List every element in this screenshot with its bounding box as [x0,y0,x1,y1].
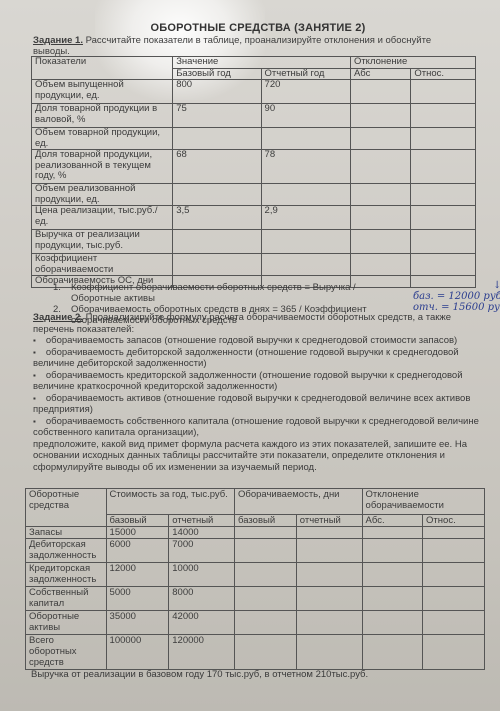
formula-number: 1. [53,282,71,304]
header-report-year: Отчетный год [261,68,350,80]
cell-empty [296,611,362,635]
cell-report [261,230,350,254]
row-label: Объем реализованной продукции, ед. [32,184,173,206]
revenue-note: Выручка от реализации в базовом году 170… [31,669,481,680]
task2-outro: предположите, какой вид примет формула р… [33,439,483,474]
row-label: Доля товарной продукции, реализованной в… [32,150,173,184]
row-label: Кредиторская задолженность [26,563,107,587]
row-label: Цена реализации, тыс.руб./ед. [32,206,173,230]
table-row: Собственный капитал 5000 8000 [26,587,485,611]
cell-empty [235,563,297,587]
header-rel: Относ. [423,515,485,527]
cell-empty [423,563,485,587]
cell-report: 7000 [169,539,235,563]
cell-empty [423,527,485,539]
cell-report: 720 [261,80,350,104]
row-label: Собственный капитал [26,587,107,611]
cell-abs [350,206,410,230]
bullet-item: оборачиваемость дебиторской задолженност… [33,347,483,370]
cell-empty [235,587,297,611]
row-label: Доля товарной продукции в валовой, % [32,104,173,128]
cell-rel [411,254,476,276]
cell-report: 90 [261,104,350,128]
bullet-item: оборачиваемость запасов (отношение годов… [33,335,483,347]
header-turnover-report: отчетный [296,515,362,527]
working-capital-table: Оборотные средства Стоимость за год, тыс… [25,488,485,670]
row-label: Оборотные активы [26,611,107,635]
cell-rel [411,184,476,206]
cell-rel [411,80,476,104]
row-label: Выручка от реализации продукции, тыс.руб… [32,230,173,254]
cell-empty [296,563,362,587]
table-row: Объем выпущенной продукции, ед. 800 720 [32,80,476,104]
cell-abs [350,254,410,276]
cell-empty [296,587,362,611]
cell-rel [411,206,476,230]
header-turnover: Оборачиваемость, дни [235,489,363,515]
cell-base [173,254,261,276]
cell-base: 35000 [106,611,169,635]
cell-abs [350,150,410,184]
bullet-item: оборачиваемость кредиторской задолженнос… [33,370,483,393]
cell-base [173,184,261,206]
cell-report: 8000 [169,587,235,611]
cell-report [261,128,350,150]
row-label: Запасы [26,527,107,539]
task2-text: Задание 2. Проанализируйте формулу расче… [33,312,483,473]
header-abs: Абс. [362,515,423,527]
cell-report: 14000 [169,527,235,539]
cell-empty [362,563,423,587]
bullet-item: оборачиваемость активов (отношение годов… [33,393,483,416]
cell-base: 100000 [106,635,169,670]
row-label: Дебиторская задолженность [26,539,107,563]
cell-abs [350,104,410,128]
cell-empty [423,587,485,611]
header-base-year: Базовый год [173,68,261,80]
handwritten-note: ↓ баз. = 12000 руб отч. = 15600 руб [413,283,500,313]
row-label: Всего оборотных средств [26,635,107,670]
table-row: Кредиторская задолженность 12000 10000 [26,563,485,587]
cell-empty [362,527,423,539]
cell-report [261,184,350,206]
cell-empty [296,635,362,670]
cell-base: 5000 [106,587,169,611]
cell-base: 800 [173,80,261,104]
cell-base [173,128,261,150]
row-label: Коэффициент оборачиваемости [32,254,173,276]
cell-base: 68 [173,150,261,184]
cell-empty [296,539,362,563]
cell-base: 12000 [106,563,169,587]
row-label: Объем товарной продукции, ед. [32,128,173,150]
handwritten-line: баз. = 12000 руб [413,291,500,302]
header-assets: Оборотные средства [26,489,107,527]
table-row: Цена реализации, тыс.руб./ед. 3,5 2,9 [32,206,476,230]
cell-empty [362,539,423,563]
header-base: базовый [106,515,169,527]
cell-base: 3,5 [173,206,261,230]
cell-report [261,254,350,276]
table-row: Объем реализованной продукции, ед. [32,184,476,206]
page-title: ОБОРОТНЫЕ СРЕДСТВА (ЗАНЯТИЕ 2) [28,22,488,34]
task1-text: Задание 1. Рассчитайте показатели в табл… [33,35,453,57]
indicators-table: Показатели Значение Отклонение Базовый г… [31,56,476,288]
table-row: Оборотные активы 35000 42000 [26,611,485,635]
cell-report: 78 [261,150,350,184]
header-abs: Абс [350,68,410,80]
cell-report: 42000 [169,611,235,635]
table-row: Коэффициент оборачиваемости [32,254,476,276]
table-row: Выручка от реализации продукции, тыс.руб… [32,230,476,254]
cell-empty [235,611,297,635]
table-row: Дебиторская задолженность 6000 7000 [26,539,485,563]
table-header-row: Оборотные средства Стоимость за год, тыс… [26,489,485,515]
table-row: Всего оборотных средств 100000 120000 [26,635,485,670]
cell-abs [350,184,410,206]
formula-item: 1. Коэффициент оборачиваемости оборотных… [53,282,393,304]
header-indicator: Показатели [32,57,173,80]
cell-rel [411,104,476,128]
header-report: отчетный [169,515,235,527]
table-header-row: Показатели Значение Отклонение [32,57,476,69]
cell-empty [423,539,485,563]
cell-base [173,230,261,254]
cell-rel [411,230,476,254]
formula-text: Коэффициент оборачиваемости оборотных ср… [71,282,393,304]
cell-base: 75 [173,104,261,128]
bullet-item: оборачиваемость собственного капитала (о… [33,416,483,439]
cell-base: 15000 [106,527,169,539]
cell-rel [411,128,476,150]
header-deviation: Отклонение оборачиваемости [362,489,484,515]
cell-report: 120000 [169,635,235,670]
header-rel: Относ. [411,68,476,80]
cell-rel [411,150,476,184]
header-value: Значение [173,57,351,69]
table-row: Запасы 15000 14000 [26,527,485,539]
cell-empty [235,539,297,563]
cell-empty [235,635,297,670]
header-turnover-base: базовый [235,515,297,527]
cell-abs [350,128,410,150]
task1-instruction: Рассчитайте показатели в таблице, проана… [33,35,431,57]
task2-label: Задание 2. [33,312,83,323]
cell-empty [423,635,485,670]
header-cost: Стоимость за год, тыс.руб. [106,489,234,515]
cell-abs [350,80,410,104]
task2-intro: Проанализируйте формулу расчета оборачив… [33,312,451,335]
task1-label: Задание 1. [33,35,83,46]
header-deviation: Отклонение [350,57,475,69]
cell-report: 2,9 [261,206,350,230]
cell-empty [362,611,423,635]
cell-empty [362,635,423,670]
cell-empty [235,527,297,539]
table-row: Доля товарной продукции в валовой, % 75 … [32,104,476,128]
cell-empty [296,527,362,539]
table-row: Объем товарной продукции, ед. [32,128,476,150]
table-row: Доля товарной продукции, реализованной в… [32,150,476,184]
cell-empty [362,587,423,611]
cell-base: 6000 [106,539,169,563]
row-label: Объем выпущенной продукции, ед. [32,80,173,104]
cell-report: 10000 [169,563,235,587]
cell-abs [350,230,410,254]
cell-empty [423,611,485,635]
down-arrow-icon: ↓ [493,280,500,291]
